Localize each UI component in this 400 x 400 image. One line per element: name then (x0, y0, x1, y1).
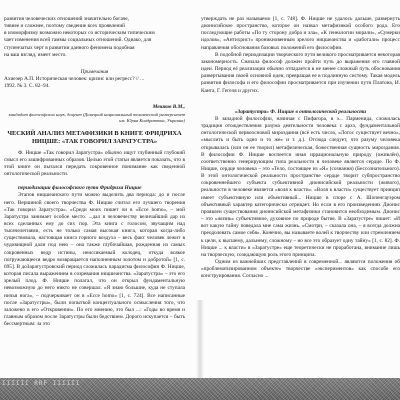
abstract: Ф. Ницше «Так говорил Заратустра» обычно… (4, 150, 185, 179)
book-spread: развития человеческих отношений значител… (0, 0, 400, 378)
section-heading: «Заратустра» Ф. Ницше в онтологической р… (201, 109, 400, 116)
intro-line: ступенчатых черт в развитии данного фено… (4, 45, 185, 52)
intro-line: на ваш взгляд, имеет место. (4, 52, 185, 59)
author-affiliation: им. Юрия Кондратюка, Украина) (4, 118, 185, 124)
body-text: В западной философии, начиная с Пифагора… (201, 116, 400, 259)
scan-marks: IIIIII RRF IIIIII (2, 380, 80, 388)
body-text: Одним из важнейших представлений в совре… (201, 259, 400, 280)
intro-line: чает изменения всей гаммы социальных отн… (4, 37, 185, 44)
body-text: утверждать не раз называемо [1, с. 748].… (201, 16, 400, 52)
body-text: В подобной периодизации творческого пути… (201, 52, 400, 95)
section-heading: периодизации философского пути Фридриха … (4, 185, 185, 192)
footnote: 1992. № 3. С. 82–94. (4, 83, 185, 90)
article-title: НИЦШЕ: «ТАК ГОВОРИЛ ЗАРАТУСТРА» (4, 138, 185, 146)
notes-heading: Примечания (4, 69, 185, 76)
scanner-edge-strip: IIIIII RRF IIIIII (0, 378, 400, 400)
left-page: развития человеческих отношений значител… (0, 0, 185, 328)
body-text: Этапов ницшеанского пути можно выделить … (4, 192, 185, 328)
author-affiliation: кандидат философских наук, доцент (Донец… (4, 112, 185, 118)
book-gutter (196, 300, 204, 378)
footnote: Ахиезер А.П. Историческая человек: кризи… (4, 76, 185, 83)
right-page: утверждать не раз называемо [1, с. 748].… (201, 0, 400, 280)
author-name: Мешков В.М., (4, 104, 185, 111)
article-title: ЧЕСКИЙ АНАЛИЗ МЕТАФИЗИКИ В КНИГЕ ФРИДРИХ… (4, 130, 185, 138)
